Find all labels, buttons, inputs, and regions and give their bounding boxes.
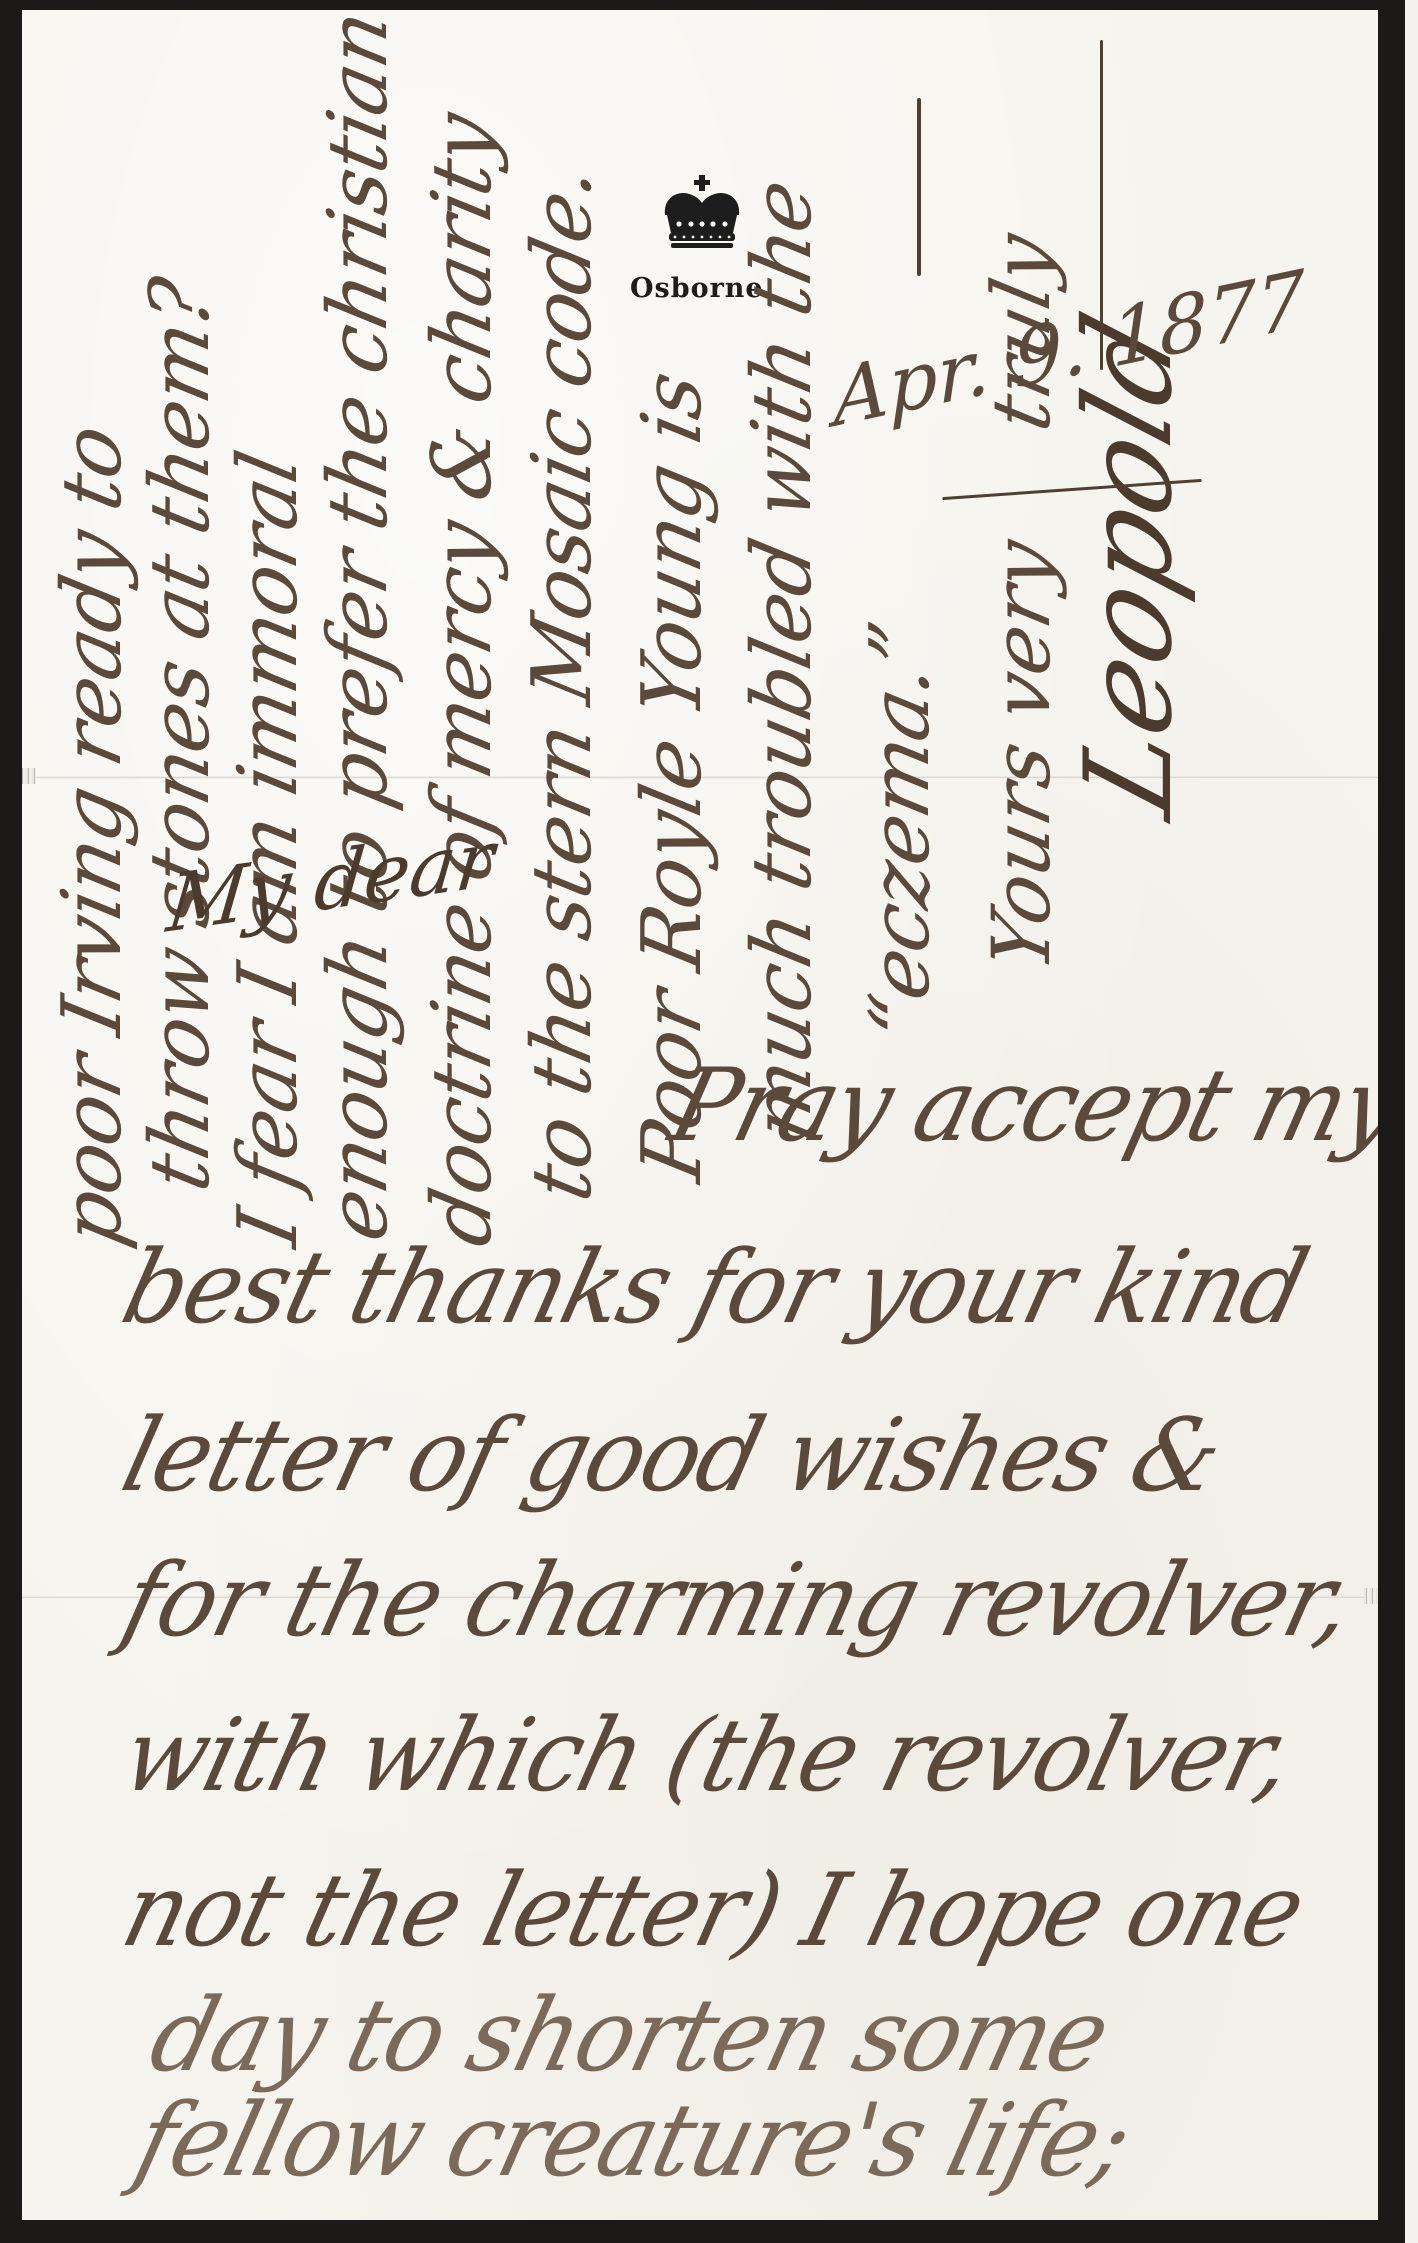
crossed-line-6: to the stern Mosaic code. <box>522 160 604 1208</box>
fold-tear-right <box>1364 1588 1378 1604</box>
crossed-line-5: doctrine of mercy & charity <box>422 107 504 1252</box>
body-line-5: with which (the revolver, <box>114 1705 1301 1806</box>
body-line-7: day to shorten some <box>142 1985 1117 2086</box>
body-line-4: for the charming revolver, <box>114 1550 1361 1651</box>
body-line-3: letter of good wishes & <box>114 1405 1230 1506</box>
body-line-2: best thanks for your kind <box>114 1237 1315 1338</box>
body-line-8: fellow creature's life; <box>127 2090 1139 2191</box>
fold-tear-left <box>22 768 36 784</box>
scan-edge <box>1405 0 1418 2243</box>
crossed-line-4: enough to prefer the christian <box>318 10 400 1247</box>
body-line-1: Pray accept my <box>662 1055 1378 1156</box>
signature-underline-stroke <box>917 98 921 276</box>
letter-paper: Osborne. poor Irving ready to throw ston… <box>22 10 1378 2220</box>
crossed-line-8: much troubled with the <box>742 174 824 1147</box>
crossed-line-2: throw stones at them? <box>140 273 222 1198</box>
body-line-6: not the letter) I hope one <box>114 1860 1312 1961</box>
closing-yours-very: Yours very <box>982 534 1062 977</box>
crossed-line-9: “eczema.” <box>860 616 942 1047</box>
crossed-line-1: poor Irving ready to <box>52 419 134 1252</box>
crown-icon <box>657 175 747 251</box>
